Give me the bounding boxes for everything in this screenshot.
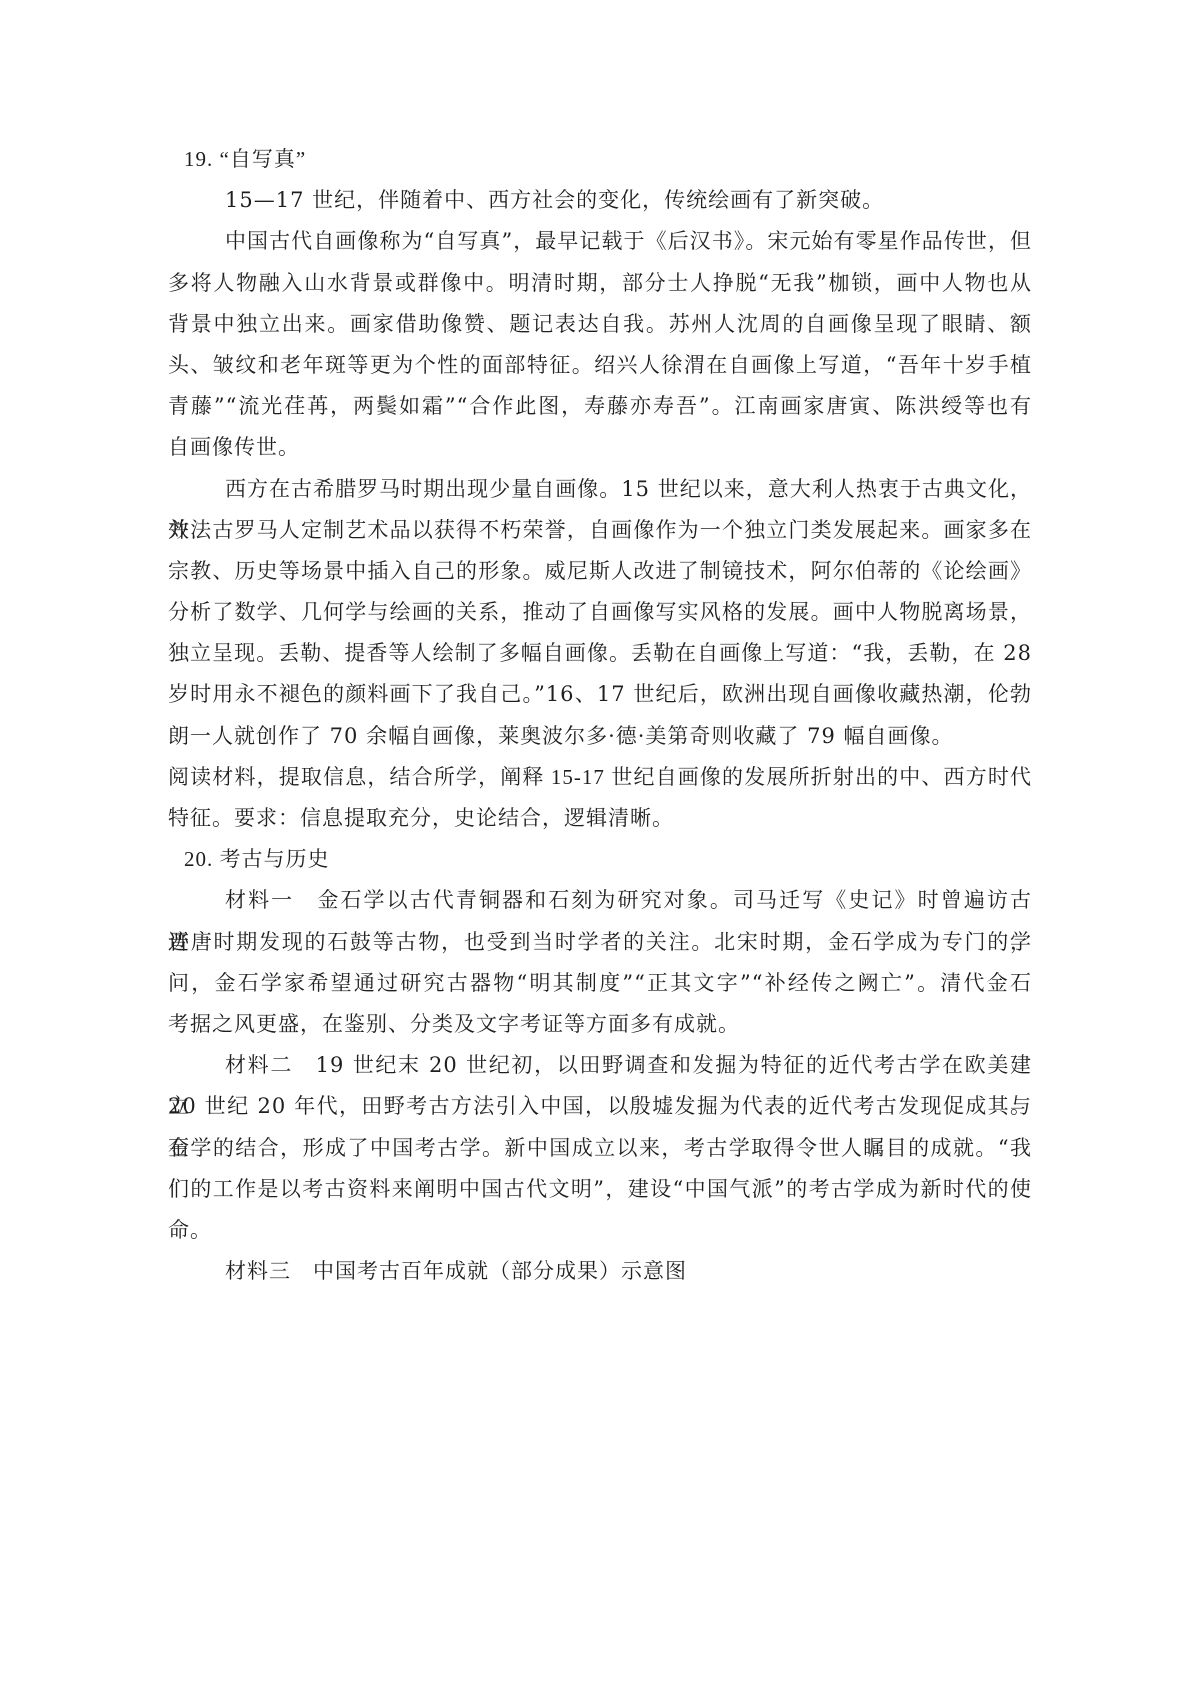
text-line-15: 朗一人就创作了 70 余幅自画像，莱奥波尔多·德·美第奇则收藏了 79 幅自画像…: [168, 716, 1032, 757]
exam-paper-page: 19. “自写真”15—17 世纪，伴随着中、西方社会的变化，传统绘画有了新突破…: [0, 0, 1200, 1698]
text-line-24: 20 世纪 20 年代，田野考古方法引入中国，以殷墟发掘为代表的近代考古发现促成…: [168, 1086, 1032, 1127]
text-line-10: 效法古罗马人定制艺术品以获得不朽荣誉，自画像作为一个独立门类发展起来。画家多在: [168, 510, 1032, 551]
text-line-9: 西方在古希腊罗马时期出现少量自画像。15 世纪以来，意大利人热衷于古典文化，并: [168, 469, 1032, 510]
text-line-22: 考据之风更盛，在鉴别、分类及文字考证等方面多有成就。: [168, 1004, 1032, 1045]
text-line-28: 材料三 中国考古百年成就（部分成果）示意图: [168, 1251, 1032, 1292]
text-line-25: 石学的结合，形成了中国考古学。新中国成立以来，考古学取得令世人瞩目的成就。“我: [168, 1128, 1032, 1169]
text-line-18: 20. 考古与历史: [168, 839, 1032, 880]
text-line-19: 材料一 金石学以古代青铜器和石刻为研究对象。司马迁写《史记》时曾遍访古迹，: [168, 880, 1032, 921]
text-line-13: 独立呈现。丢勒、提香等人绘制了多幅自画像。丢勒在自画像上写道：“我，丢勒，在 2…: [168, 633, 1032, 674]
text-line-12: 分析了数学、几何学与绘画的关系，推动了自画像写实风格的发展。画中人物脱离场景，: [168, 592, 1032, 633]
text-line-26: 们的工作是以考古资料来阐明中国古代文明”，建设“中国气派”的考古学成为新时代的使: [168, 1169, 1032, 1210]
document-text: 19. “自写真”15—17 世纪，伴随着中、西方社会的变化，传统绘画有了新突破…: [168, 139, 1032, 1292]
text-line-6: 头、皱纹和老年斑等更为个性的面部特征。绍兴人徐渭在自画像上写道，“吾年十岁手植: [168, 345, 1032, 386]
text-line-2: 15—17 世纪，伴随着中、西方社会的变化，传统绘画有了新突破。: [168, 180, 1032, 221]
text-line-16: 阅读材料，提取信息，结合所学，阐释 15-17 世纪自画像的发展所折射出的中、西…: [168, 757, 1032, 798]
text-line-1: 19. “自写真”: [168, 139, 1032, 180]
text-line-5: 背景中独立出来。画家借助像赞、题记表达自我。苏州人沈周的自画像呈现了眼睛、额: [168, 304, 1032, 345]
text-line-21: 问，金石学家希望通过研究古器物“明其制度”“正其文字”“补经传之阙亡”。清代金石: [168, 963, 1032, 1004]
text-line-4: 多将人物融入山水背景或群像中。明清时期，部分士人挣脱“无我”枷锁，画中人物也从: [168, 263, 1032, 304]
text-line-27: 命。: [168, 1210, 1032, 1251]
text-line-23: 材料二 19 世纪末 20 世纪初，以田野调查和发掘为特征的近代考古学在欧美建立…: [168, 1045, 1032, 1086]
text-line-11: 宗教、历史等场景中插入自己的形象。威尼斯人改进了制镜技术，阿尔伯蒂的《论绘画》: [168, 551, 1032, 592]
text-line-3: 中国古代自画像称为“自写真”，最早记载于《后汉书》。宋元始有零星作品传世，但: [168, 221, 1032, 262]
text-line-17: 特征。要求：信息提取充分，史论结合，逻辑清晰。: [168, 798, 1032, 839]
text-line-7: 青藤”“流光荏苒，两鬓如霜”“合作此图，寿藤亦寿吾”。江南画家唐寅、陈洪绶等也有: [168, 386, 1032, 427]
text-line-14: 岁时用永不褪色的颜料画下了我自己。”16、17 世纪后，欧洲出现自画像收藏热潮，…: [168, 674, 1032, 715]
text-line-8: 自画像传世。: [168, 427, 1032, 468]
text-line-20: 晋唐时期发现的石鼓等古物，也受到当时学者的关注。北宋时期，金石学成为专门的学: [168, 922, 1032, 963]
